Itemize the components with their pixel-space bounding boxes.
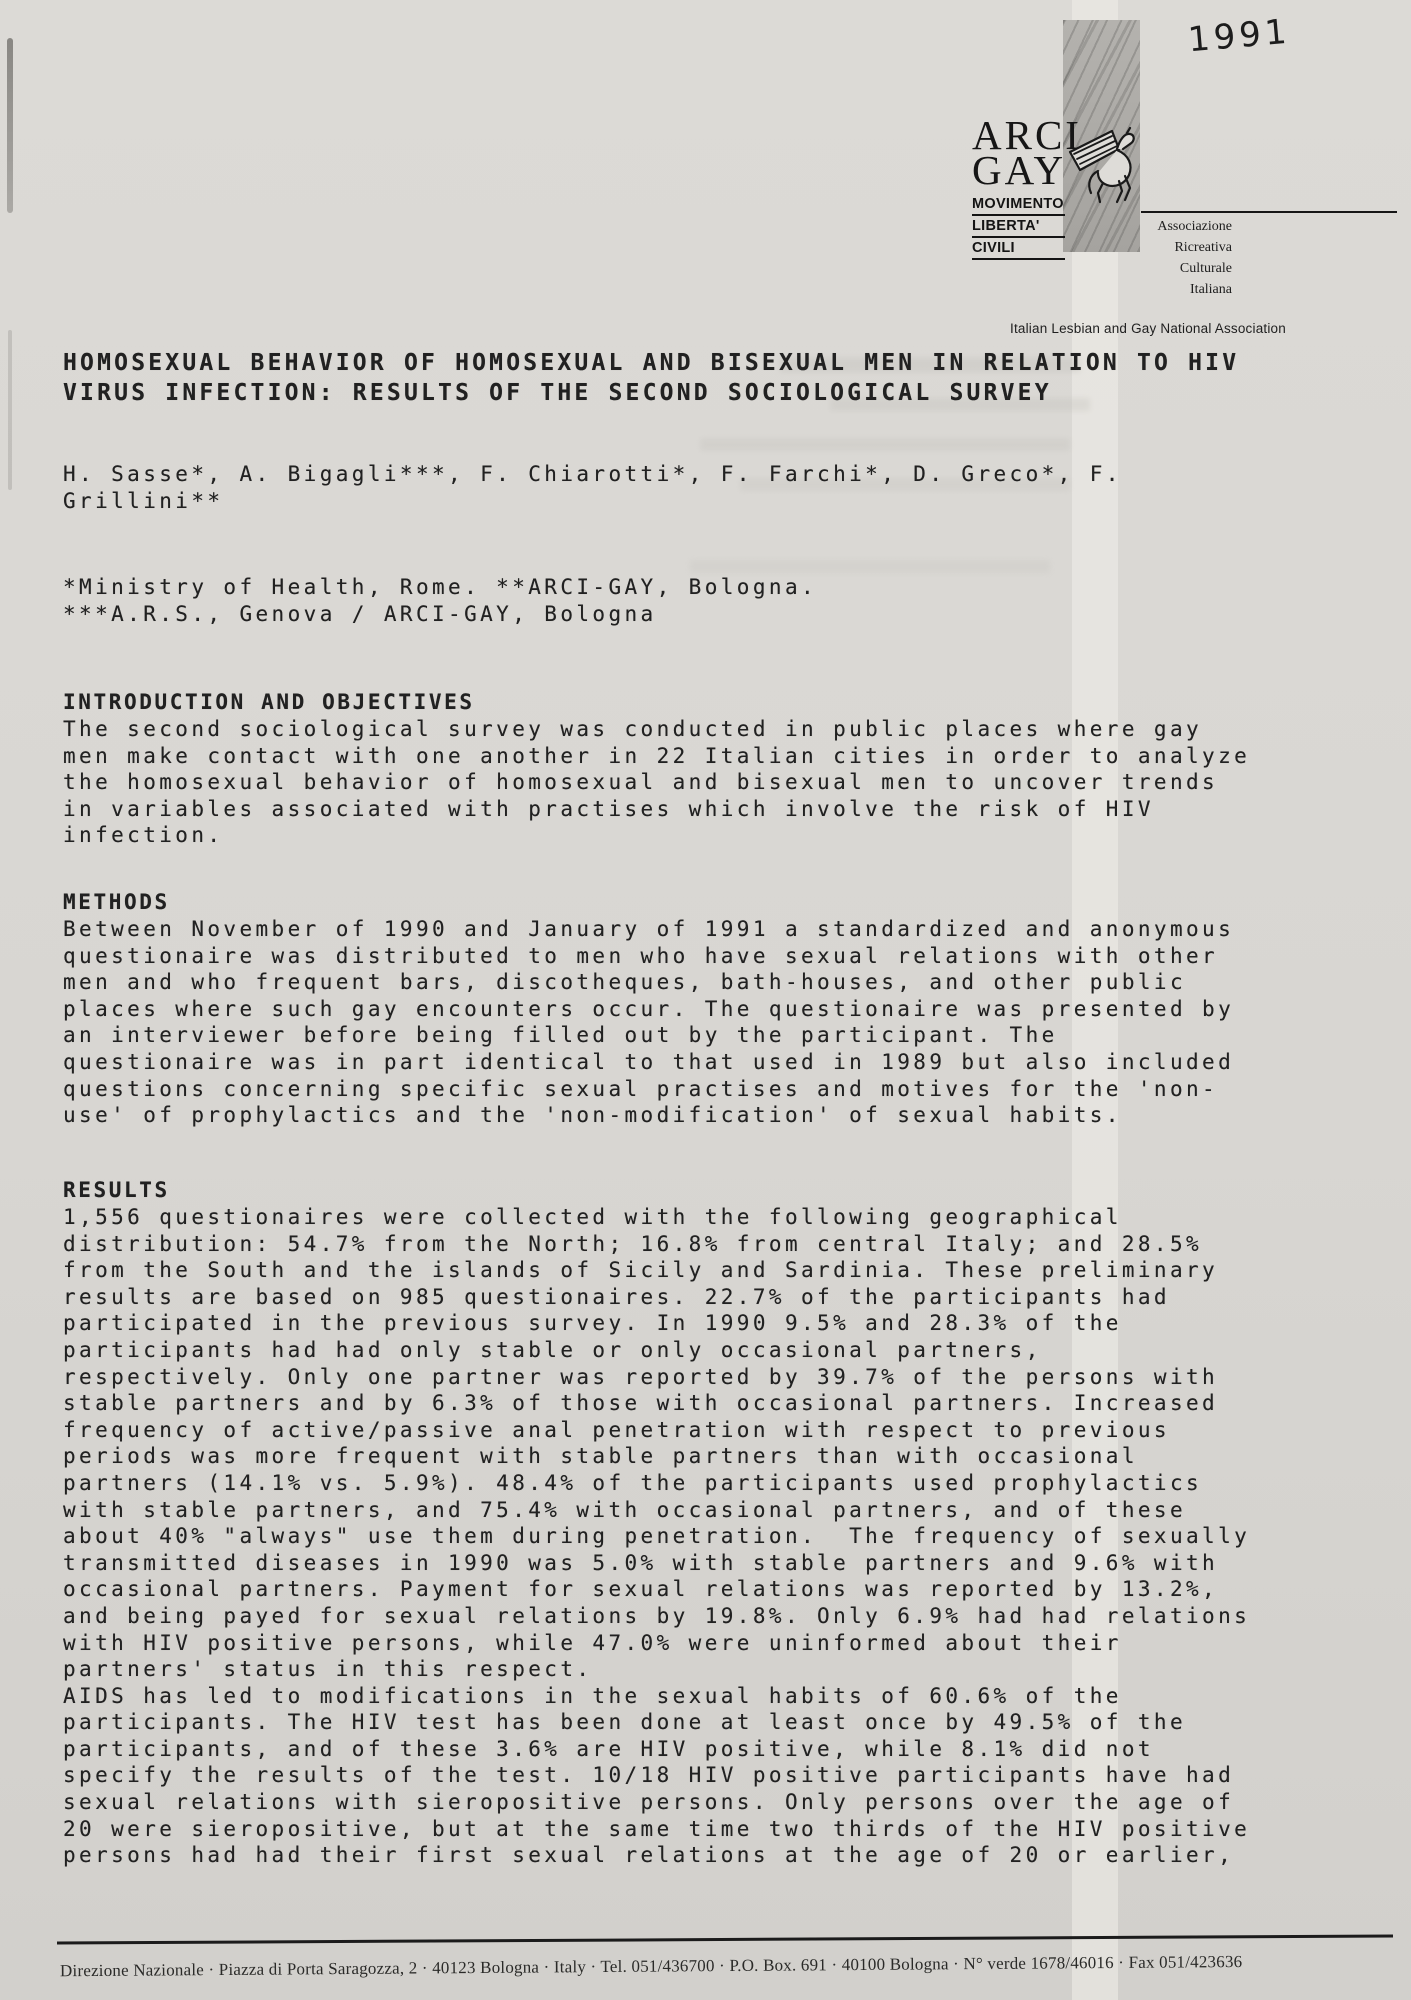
association-name: Associazione Ricreativa Culturale Italia… [1132, 216, 1232, 300]
author-list: H. Sasse*, A. Bigagli***, F. Chiarotti*,… [63, 461, 1122, 515]
association-caption: Italian Lesbian and Gay National Associa… [1010, 321, 1286, 336]
motto-liberta: LIBERTA' [972, 219, 1065, 238]
affiliations: *Ministry of Health, Rome. **ARCI-GAY, B… [63, 574, 817, 628]
scanned-page: ARCI GAY MOVIMENTO LIBERTA' CIVILI Assoc… [0, 0, 1411, 2000]
org-name-line2: GAY [972, 153, 1082, 188]
org-motto: MOVIMENTO LIBERTA' CIVILI [972, 197, 1065, 263]
letterhead-rule [1141, 211, 1397, 213]
association-line: Italiana [1132, 279, 1232, 300]
footer-address: Direzione Nazionale · Piazza di Porta Sa… [60, 1951, 1405, 1982]
section-heading-introduction: INTRODUCTION AND OBJECTIVES [63, 690, 475, 714]
bleedthrough-artifact [690, 560, 1050, 573]
scan-edge-shadow [7, 38, 13, 213]
footer-rule [57, 1935, 1393, 1945]
page-title: HOMOSEXUAL BEHAVIOR OF HOMOSEXUAL AND BI… [63, 348, 1239, 408]
section-body-results: 1,556 questionaires were collected with … [63, 1204, 1250, 1869]
association-line: Culturale [1132, 258, 1232, 279]
section-heading-results: RESULTS [63, 1178, 170, 1202]
section-heading-methods: METHODS [63, 890, 170, 914]
org-name: ARCI GAY [972, 118, 1082, 188]
handwritten-year: 1991 [1186, 12, 1292, 61]
section-body-methods: Between November of 1990 and January of … [63, 916, 1234, 1129]
motto-movimento: MOVIMENTO [972, 197, 1065, 216]
association-line: Ricreativa [1132, 237, 1232, 258]
scan-edge-shadow [8, 330, 12, 490]
association-line: Associazione [1132, 216, 1232, 237]
bleedthrough-artifact [700, 438, 1070, 451]
section-body-introduction: The second sociological survey was condu… [63, 716, 1250, 849]
motto-civili: CIVILI [972, 241, 1065, 260]
